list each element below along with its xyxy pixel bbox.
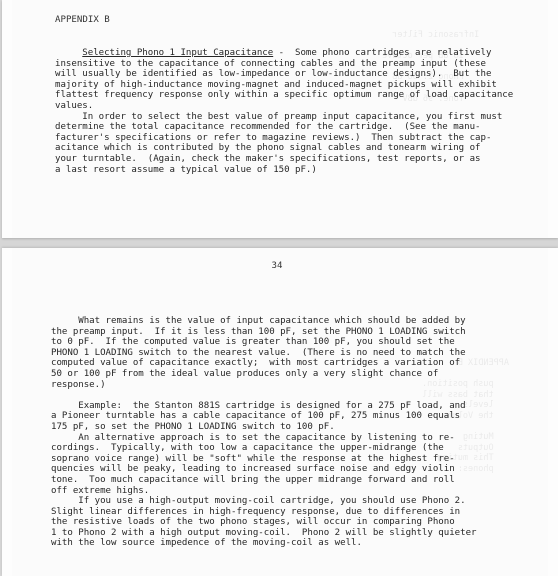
page-1-text: - Some phono cartridges are relatively i… — [55, 48, 513, 175]
page-number: 34 — [2, 261, 558, 271]
paragraph: What remains is the value of input capac… — [51, 316, 466, 390]
page-2-body: What remains is the value of input capac… — [51, 316, 476, 549]
page-1-body: Selecting Phono 1 Input Capacitance - So… — [55, 48, 513, 175]
paragraph: If you use a high-output moving-coil car… — [51, 496, 476, 548]
appendix-label: APPENDIX B — [55, 15, 110, 25]
paragraph: Example: the Stanton 881S cartridge is d… — [51, 401, 466, 432]
document-page-2: APPENDIX B push position. that bass will… — [2, 248, 558, 576]
paragraph: An alternative approach is to set the ca… — [51, 433, 455, 496]
section-heading: Selecting Phono 1 Input Capacitance — [82, 48, 273, 58]
document-page-1: Infrasonic Filter 18 dB per octave Phono… — [2, 0, 558, 238]
